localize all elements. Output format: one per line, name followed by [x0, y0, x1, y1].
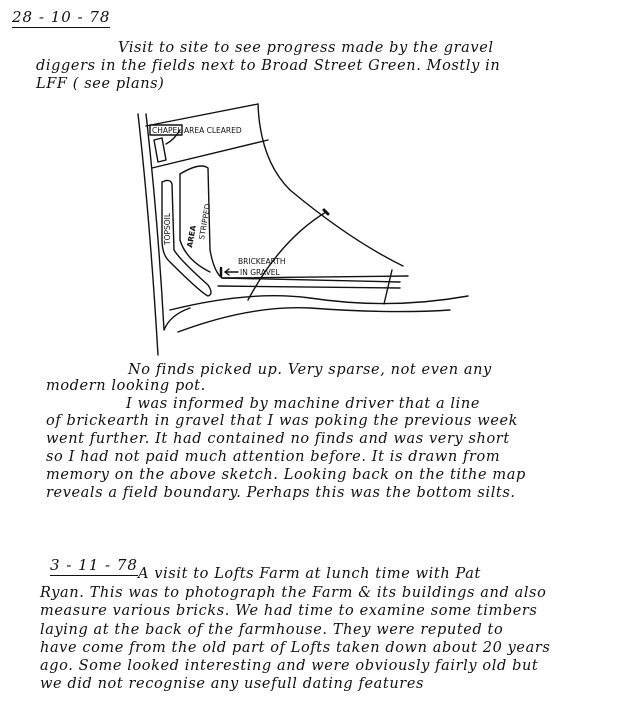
entry-line: Ryan. This was to photograph the Farm & … [40, 585, 546, 601]
entry-line: ago. Some looked interesting and were ob… [40, 658, 538, 674]
entry-date: 28 - 10 - 78 [12, 8, 110, 28]
site-sketch-map: CHAPEL AREA CLEARED TOPSOIL AREA STRIPPE… [130, 100, 470, 360]
label-chapel: CHAPEL [152, 126, 182, 135]
entry-line: measure various bricks. We had time to e… [40, 603, 537, 619]
entry-line: of brickearth in gravel that I was pokin… [46, 413, 518, 429]
label-brickearth: IN GRAVEL [240, 268, 280, 277]
entry-line: so I had not paid much attention before.… [46, 449, 500, 465]
entry-line: diggers in the fields next to Broad Stre… [36, 58, 500, 74]
entry-line: memory on the above sketch. Looking back… [46, 467, 526, 483]
entry-date: 3 - 11 - 78 [50, 556, 138, 576]
entry-line: Visit to site to see progress made by th… [118, 40, 494, 56]
entry-line: went further. It had contained no finds … [46, 431, 510, 447]
entry-line: I was informed by machine driver that a … [126, 396, 480, 412]
label-brickearth: BRICKEARTH [238, 257, 285, 266]
entry-line: modern looking pot. [46, 378, 206, 394]
entry-line: LFF ( see plans) [36, 76, 164, 92]
label-area-stripped: AREA [185, 224, 198, 248]
entry-line: have come from the old part of Lofts tak… [40, 640, 550, 656]
notebook-page: 28 - 10 - 78 Visit to site to see progre… [0, 0, 629, 711]
entry-line: No finds picked up. Very sparse, not eve… [128, 362, 492, 378]
entry-line: laying at the back of the farmhouse. The… [40, 622, 503, 638]
label-area-cleared: AREA CLEARED [184, 126, 242, 135]
entry-line: we did not recognise any usefull dating … [40, 676, 424, 692]
entry-line: reveals a field boundary. Perhaps this w… [46, 485, 516, 501]
label-topsoil: TOPSOIL [163, 212, 172, 246]
entry-line: A visit to Lofts Farm at lunch time with… [138, 566, 481, 582]
